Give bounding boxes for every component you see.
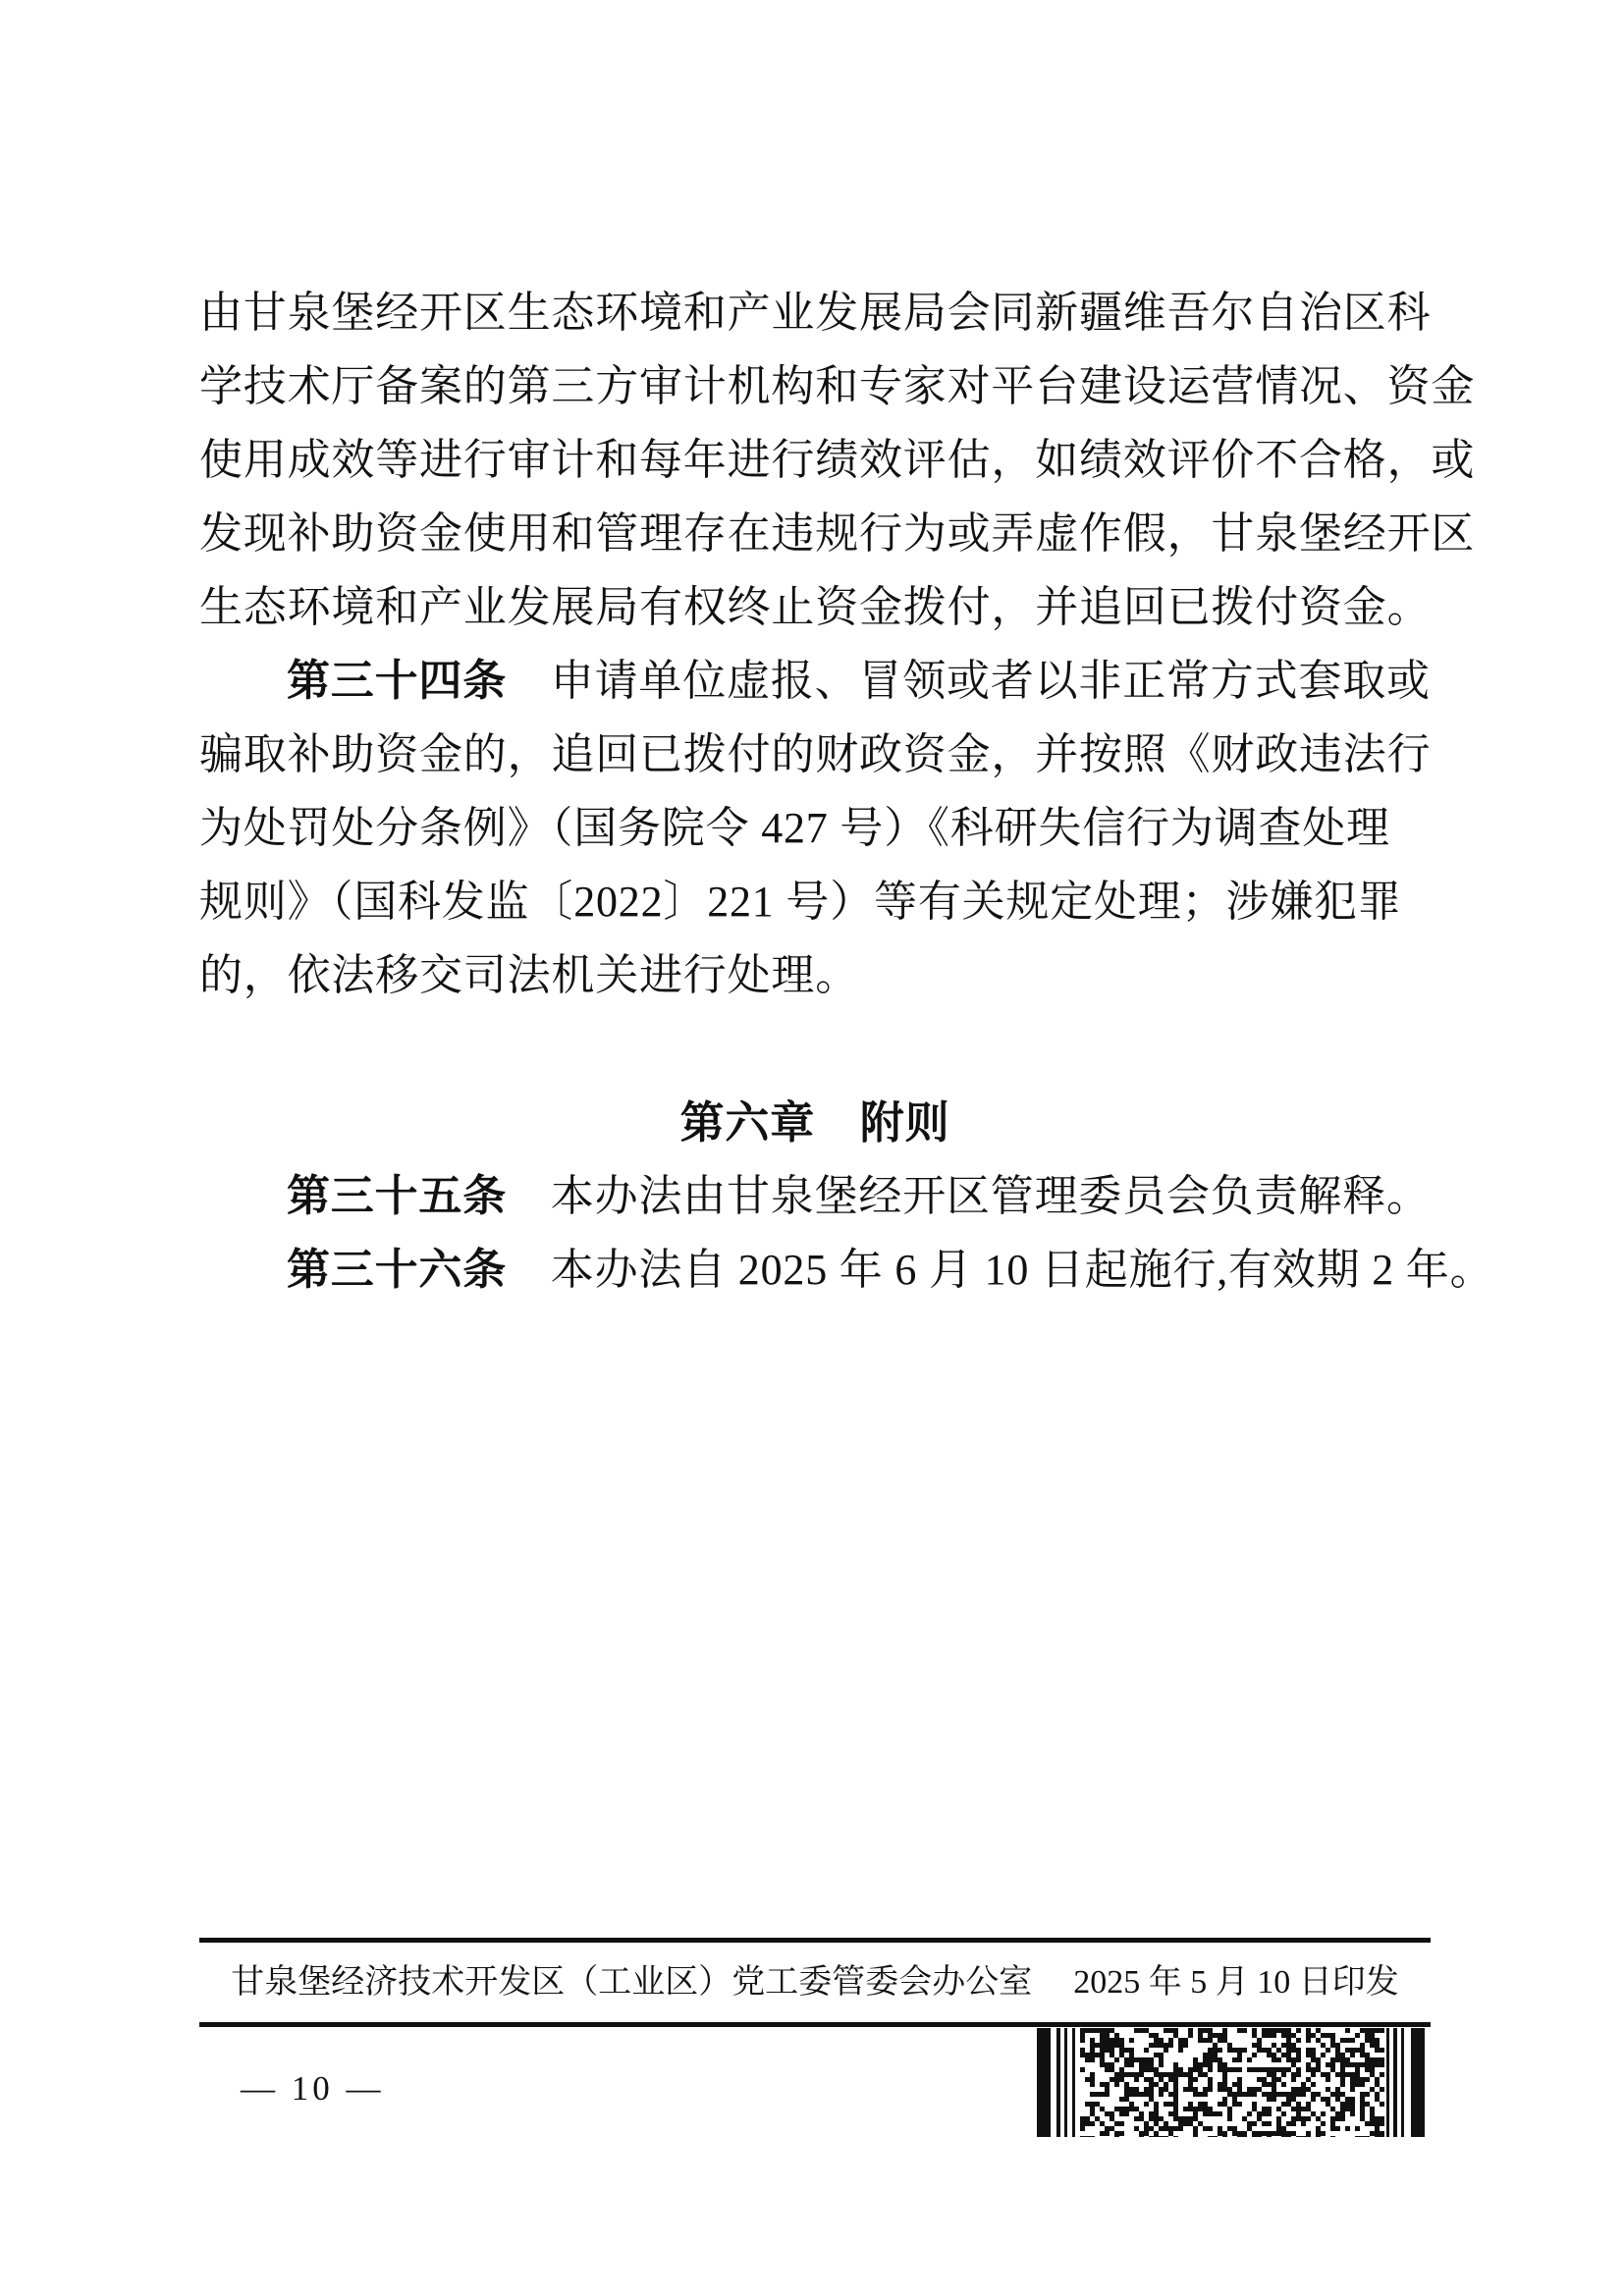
chapter-heading: 第六章 附则 [199, 1086, 1431, 1159]
line-text: 申请单位虚报、冒领或者以非正常方式套取或 [507, 657, 1431, 705]
line-text: 由甘泉堡经开区生态环境和产业发展局会同新疆维吾尔自治区科 [199, 289, 1431, 337]
line-text: 本办法自 2025 年 6 月 10 日起施行,有效期 2 年。 [507, 1246, 1493, 1294]
print-date: 2025 年 5 月 10 日印发 [1073, 1943, 1399, 2022]
article-number: 第三十四条 [287, 657, 507, 705]
article-number: 第三十五条 [287, 1172, 507, 1220]
text-line: 为处罚处分条例》（国务院令 427 号）《科研失信行为调查处理 [199, 791, 1431, 865]
line-text: 规则》（国科发监〔2022〕221 号）等有关规定处理；涉嫌犯罪 [199, 878, 1402, 926]
page-number: — 10 — [241, 2069, 385, 2109]
document-page: 由甘泉堡经开区生态环境和产业发展局会同新疆维吾尔自治区科 学技术厅备案的第三方审… [0, 0, 1624, 2296]
line-text: 骗取补助资金的，追回已拨付的财政资金，并按照《财政违法行 [199, 730, 1431, 778]
text-line: 使用成效等进行审计和每年进行绩效评估，如绩效评价不合格，或 [199, 423, 1431, 497]
footer-divider-bottom [199, 2022, 1431, 2027]
article-number: 第三十六条 [287, 1246, 507, 1294]
text-line: 由甘泉堡经开区生态环境和产业发展局会同新疆维吾尔自治区科 [199, 276, 1431, 349]
text-line: 学技术厅备案的第三方审计机构和专家对平台建设运营情况、资金 [199, 349, 1431, 423]
text-line: 规则》（国科发监〔2022〕221 号）等有关规定处理；涉嫌犯罪 [199, 865, 1431, 938]
line-text: 发现补助资金使用和管理存在违规行为或弄虚作假，甘泉堡经开区 [199, 509, 1475, 558]
barcode-image [1037, 2028, 1431, 2137]
line-text: 生态环境和产业发展局有权终止资金拨付，并追回已拨付资金。 [199, 583, 1431, 631]
document-body: 由甘泉堡经开区生态环境和产业发展局会同新疆维吾尔自治区科 学技术厅备案的第三方审… [199, 276, 1431, 1307]
text-line: 第三十五条 本办法由甘泉堡经开区管理委员会负责解释。 [199, 1159, 1431, 1233]
line-text: 学技术厅备案的第三方审计机构和专家对平台建设运营情况、资金 [199, 362, 1475, 410]
blank-line [199, 1012, 1431, 1086]
text-line: 发现补助资金使用和管理存在违规行为或弄虚作假，甘泉堡经开区 [199, 497, 1431, 570]
text-line: 第三十四条 申请单位虚报、冒领或者以非正常方式套取或 [199, 644, 1431, 718]
line-text: 本办法由甘泉堡经开区管理委员会负责解释。 [507, 1172, 1431, 1220]
line-text: 第六章 附则 [680, 1097, 950, 1148]
text-line: 生态环境和产业发展局有权终止资金拨付，并追回已拨付资金。 [199, 570, 1431, 644]
text-line: 的，依法移交司法机关进行处理。 [199, 938, 1431, 1012]
line-text: 的，依法移交司法机关进行处理。 [199, 951, 859, 999]
footer: 甘泉堡经济技术开发区（工业区）党工委管委会办公室 2025 年 5 月 10 日… [199, 1943, 1431, 2022]
line-text: 为处罚处分条例》（国务院令 427 号）《科研失信行为调查处理 [199, 804, 1390, 852]
issuer-name: 甘泉堡经济技术开发区（工业区）党工委管委会办公室 [231, 1943, 1032, 2022]
text-line: 骗取补助资金的，追回已拨付的财政资金，并按照《财政违法行 [199, 718, 1431, 791]
text-line: 第三十六条 本办法自 2025 年 6 月 10 日起施行,有效期 2 年。 [199, 1233, 1431, 1307]
line-text: 使用成效等进行审计和每年进行绩效评估，如绩效评价不合格，或 [199, 436, 1475, 484]
